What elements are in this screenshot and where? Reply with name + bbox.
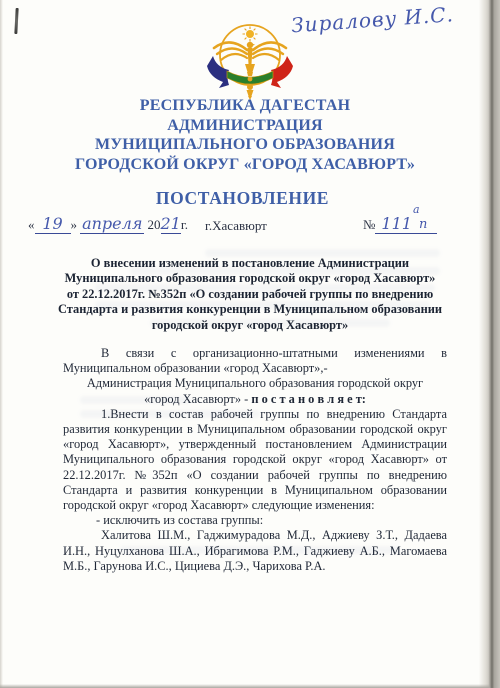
staple-mark — [14, 8, 18, 34]
document-number-field: №111ап — [363, 211, 437, 234]
subject-title-line: Муниципального образования городской окр… — [45, 271, 455, 286]
paragraph-excluded-names: Халитова Ш.М., Гаджимурадова М.Д., Аджие… — [63, 528, 447, 574]
subject-title-line: городской округ «город Хасавюрт» — [45, 318, 455, 333]
year-suffix: г. — [181, 217, 188, 232]
scan-edge-right — [474, 0, 500, 688]
resolution-line-1: Администрация Муниципального образования… — [63, 376, 447, 391]
resolution-line-2: «город Хасавюрт» - п о с т а н о в л я е… — [63, 392, 447, 407]
quote-close: » — [71, 217, 78, 232]
letterhead-line-city: ГОРОДСКОЙ ОКРУГ «ГОРОД ХАСАВЮРТ» — [35, 155, 455, 175]
handwritten-number-sup: а — [413, 203, 420, 216]
paragraph-resolution: Администрация Муниципального образования… — [63, 376, 447, 406]
scan-edge-left — [0, 0, 3, 688]
city-label: г.Хасавюрт — [205, 218, 267, 234]
paragraph-changes: 1.Внести в состав рабочей группы по внед… — [63, 407, 447, 513]
resolution-verb: п о с т а н о в л я е т: — [251, 392, 366, 406]
date-line: «19» апреля 2021г. г.Хасавюрт №111ап — [28, 212, 460, 236]
document-page: Зиралову И.С. — [0, 0, 500, 688]
scan-edge-bottom — [0, 684, 490, 688]
handwritten-day: 19 — [42, 214, 62, 233]
letterhead-line-municipality: МУНИЦИПАЛЬНОГО ОБРАЗОВАНИЯ — [35, 135, 455, 155]
letterhead-line-administration: АДМИНИСТРАЦИЯ — [35, 116, 455, 136]
subject-title-line: О внесении изменений в постановление Адм… — [45, 256, 455, 271]
subject-title-line: от 22.12.2017г. №352п «О создании рабоче… — [45, 287, 455, 302]
year-printed: 20 — [148, 217, 161, 232]
handwritten-number: 111 — [381, 214, 412, 233]
resolution-line-2-normal: «город Хасавюрт» - — [144, 392, 251, 406]
subject-title: О внесении изменений в постановление Адм… — [45, 256, 455, 333]
handwritten-year: 21 — [161, 214, 181, 233]
line-exclude-from-group: - исключить из состава группы: — [63, 513, 447, 528]
date-field: «19» апреля 2021г. — [28, 216, 188, 234]
letterhead: РЕСПУБЛИКА ДАГЕСТАН АДМИНИСТРАЦИЯ МУНИЦИ… — [35, 96, 455, 174]
handwritten-number-sub: п — [419, 217, 427, 232]
document-body: В связи с организационно-штатными измене… — [63, 346, 447, 574]
letterhead-line-republic: РЕСПУБЛИКА ДАГЕСТАН — [35, 96, 455, 116]
handwritten-month: апреля — [82, 214, 142, 233]
paragraph-intro: В связи с организационно-штатными измене… — [63, 346, 447, 376]
dagestan-coat-of-arms-icon — [200, 15, 300, 105]
number-sign: № — [363, 217, 375, 232]
handwritten-addressee-note: Зиралову И.С. — [290, 1, 476, 38]
subject-title-line: Стандарта и развития конкуренции в Муниц… — [45, 302, 455, 317]
